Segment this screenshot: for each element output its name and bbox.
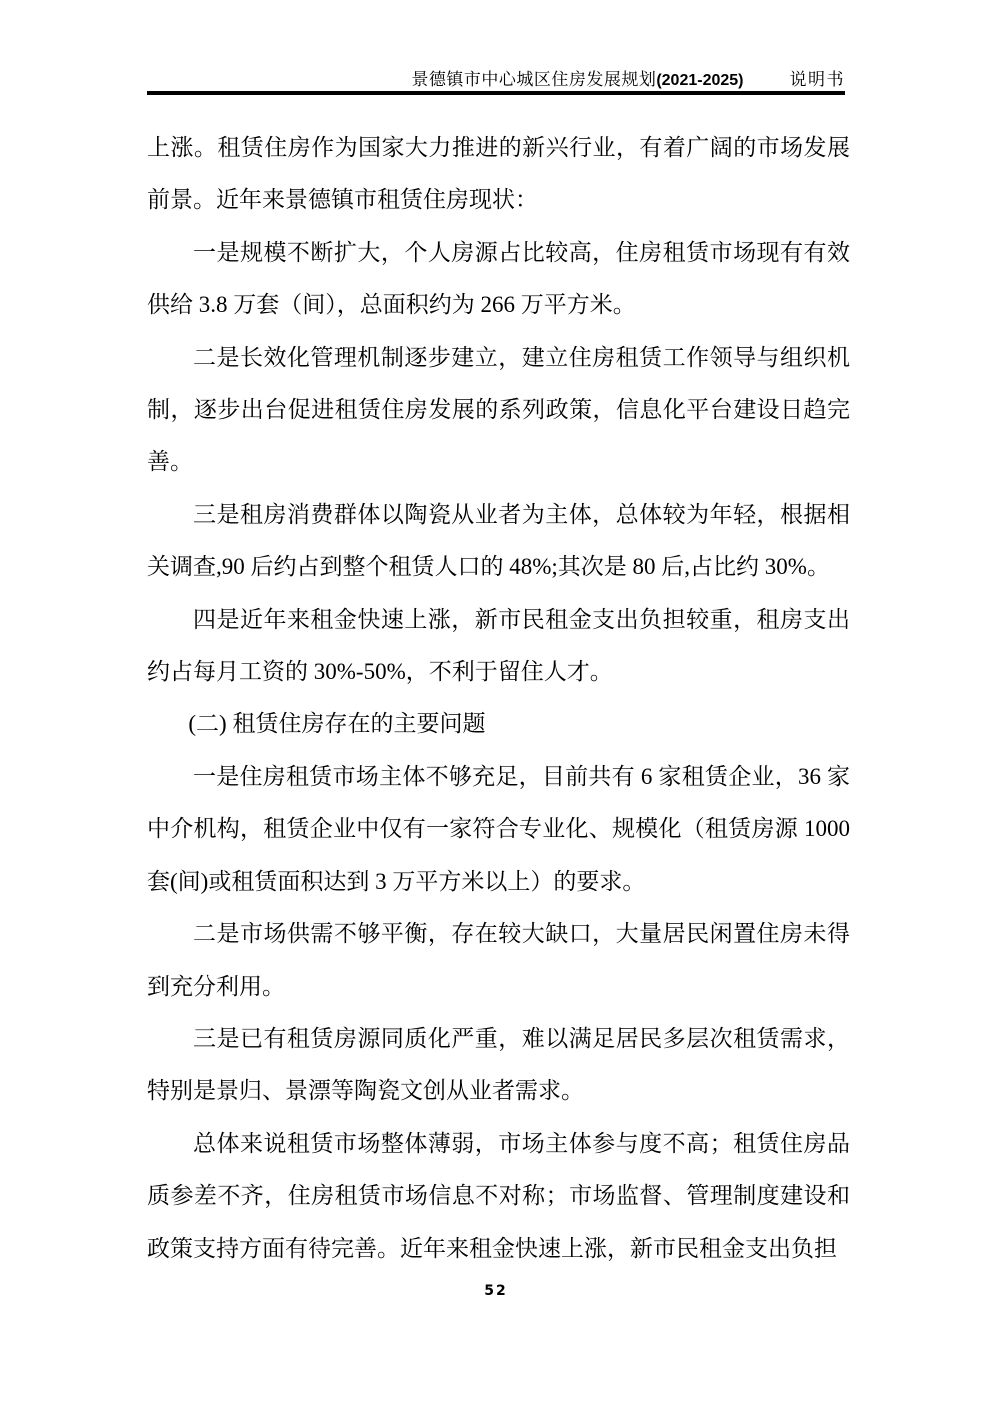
body-paragraph: 二是市场供需不够平衡，存在较大缺口，大量居民闲置住房未得到充分利用。 xyxy=(147,908,850,1013)
document-body: 上涨。租赁住房作为国家大力推进的新兴行业，有着广阔的市场发展前景。近年来景德镇市… xyxy=(147,122,850,1275)
body-paragraph: 三是已有租赁房源同质化严重，难以满足居民多层次租赁需求，特别是景归、景漂等陶瓷文… xyxy=(147,1013,850,1118)
header-title-years: (2021-2025) xyxy=(656,72,743,90)
body-paragraph: 三是租房消费群体以陶瓷从业者为主体，总体较为年轻，根据相关调查,90 后约占到整… xyxy=(147,489,850,594)
body-paragraph: 一是住房租赁市场主体不够充足，目前共有 6 家租赁企业，36 家中介机构，租赁企… xyxy=(147,751,850,908)
body-paragraph: 总体来说租赁市场整体薄弱，市场主体参与度不高；租赁住房品质参差不齐，住房租赁市场… xyxy=(147,1118,850,1275)
body-paragraph: 一是规模不断扩大，个人房源占比较高，住房租赁市场现有有效供给 3.8 万套（间）… xyxy=(147,227,850,332)
page-header: 景德镇市中心城区住房发展规划(2021-2025) 说明书 xyxy=(147,65,845,90)
body-paragraph: 四是近年来租金快速上涨，新市民租金支出负担较重，租房支出约占每月工资的 30%-… xyxy=(147,594,850,699)
document-page: 景德镇市中心城区住房发展规划(2021-2025) 说明书 上涨。租赁住房作为国… xyxy=(0,0,992,1403)
page-number: 52 xyxy=(484,1283,507,1299)
header-doc-type: 说明书 xyxy=(790,65,846,90)
header-title: 景德镇市中心城区住房发展规划 xyxy=(411,65,656,90)
page-footer: 52 xyxy=(0,1282,992,1300)
body-paragraph: 二是长效化管理机制逐步建立，建立住房租赁工作领导与组织机制，逐步出台促进租赁住房… xyxy=(147,332,850,489)
body-paragraph: 上涨。租赁住房作为国家大力推进的新兴行业，有着广阔的市场发展前景。近年来景德镇市… xyxy=(147,122,850,227)
header-rule xyxy=(147,91,845,95)
section-heading: (二) 租赁住房存在的主要问题 xyxy=(147,698,850,750)
